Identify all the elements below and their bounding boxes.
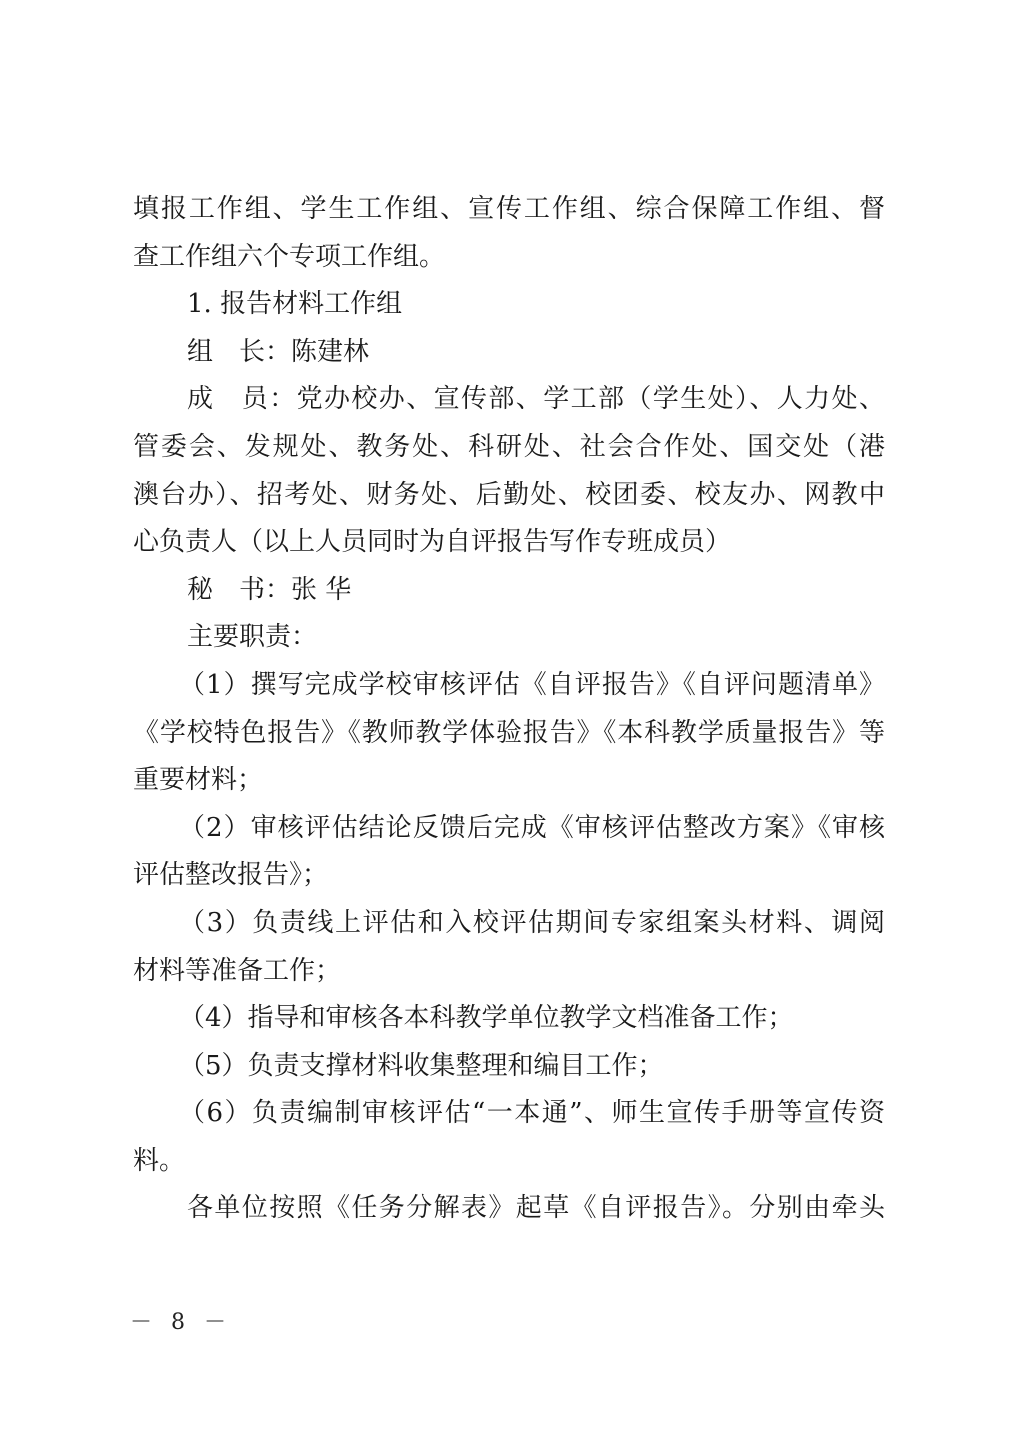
secretary: 秘 书：张 华 (133, 567, 885, 615)
group-leader: 组 长：陈建林 (133, 329, 885, 377)
text-line: 心负责人（以上人员同时为自评报告写作专班成员） (133, 519, 885, 567)
text-line: 重要材料； (133, 757, 885, 805)
text-line: 《学校特色报告》《教师教学体验报告》《本科教学质量报告》等 (133, 710, 885, 758)
responsibility-item-5: （5）负责支撑材料收集整理和编目工作； (133, 1043, 885, 1091)
responsibilities-heading: 主要职责： (133, 614, 885, 662)
text-line: 澳台办）、招考处、财务处、后勤处、校团委、校友办、网教中 (133, 472, 885, 520)
section-heading: 1. 报告材料工作组 (133, 281, 885, 329)
responsibility-item-4: （4）指导和审核各本科教学单位教学文档准备工作； (133, 995, 885, 1043)
members-line: 成 员：党办校办、宣传部、学工部（学生处）、人力处、 (133, 376, 885, 424)
document-body: 填报工作组、学生工作组、宣传工作组、综合保障工作组、督 查工作组六个专项工作组。… (133, 186, 885, 1233)
responsibility-item-6: （6）负责编制审核评估“一本通”、师生宣传手册等宣传资 (133, 1090, 885, 1138)
text-line: 填报工作组、学生工作组、宣传工作组、综合保障工作组、督 (133, 186, 885, 234)
text-line: 料。 (133, 1138, 885, 1186)
page-number: － 8 － (130, 1305, 232, 1336)
responsibility-item-1: （1）撰写完成学校审核评估《自评报告》《自评问题清单》 (133, 662, 885, 710)
text-line: 评估整改报告》； (133, 852, 885, 900)
text-line: 材料等准备工作； (133, 948, 885, 996)
text-line: 查工作组六个专项工作组。 (133, 234, 885, 282)
responsibility-item-3: （3）负责线上评估和入校评估期间专家组案头材料、调阅 (133, 900, 885, 948)
closing-paragraph: 各单位按照《任务分解表》起草《自评报告》。分别由牵头 (133, 1185, 885, 1233)
responsibility-item-2: （2）审核评估结论反馈后完成《审核评估整改方案》《审核 (133, 805, 885, 853)
text-line: 管委会、发规处、教务处、科研处、社会合作处、国交处（港 (133, 424, 885, 472)
